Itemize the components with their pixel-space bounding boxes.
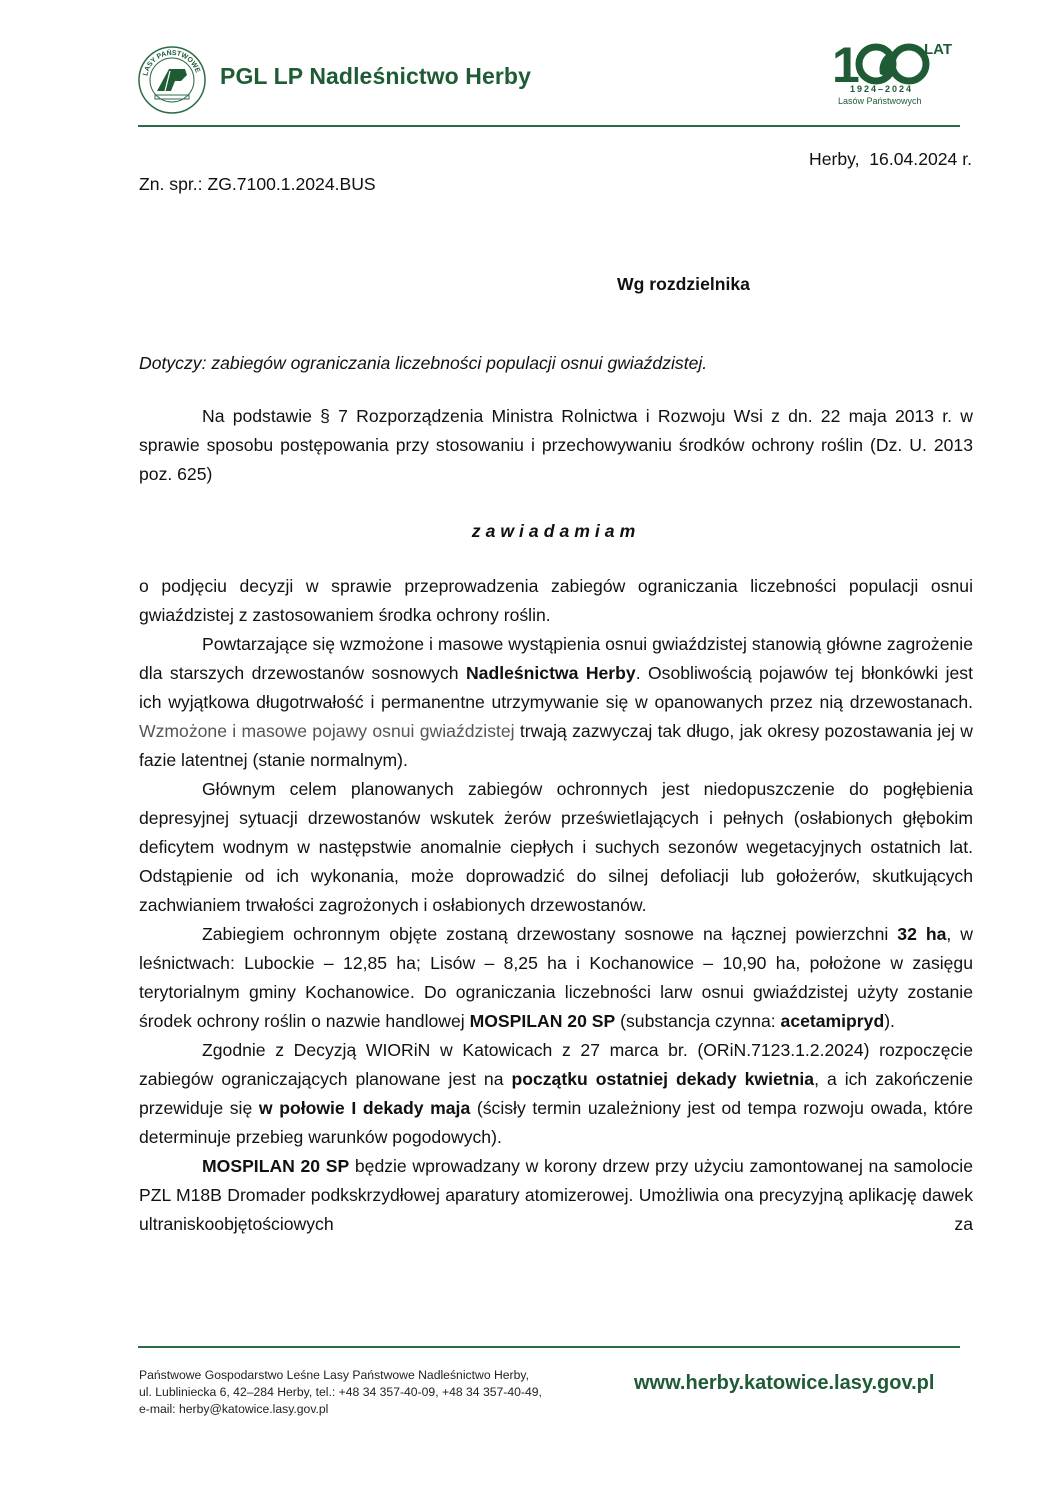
reference-number: Zn. spr.: ZG.7100.1.2024.BUS (139, 170, 376, 199)
paragraph-scope: Zabiegiem ochronnym objęte zostaną drzew… (139, 920, 973, 1036)
letter-body: o podjęciu decyzji w sprawie przeprowadz… (139, 572, 973, 1239)
footer-line-3: e-mail: herby@katowice.lasy.gov.pl (139, 1401, 542, 1418)
document-date: Herby, 16.04.2024 r. (809, 145, 972, 174)
footer-divider (138, 1346, 960, 1348)
footer-address: Państwowe Gospodarstwo Leśne Lasy Państw… (139, 1367, 542, 1418)
paragraph-goal: Głównym celem planowanych zabiegów ochro… (139, 775, 973, 920)
text-span: Zabiegiem ochronnym objęte zostaną drzew… (202, 924, 897, 944)
footer-line-2: ul. Lubliniecka 6, 42–284 Herby, tel.: +… (139, 1384, 542, 1401)
paragraph-decision: o podjęciu decyzji w sprawie przeprowadz… (139, 572, 973, 630)
recipient: Wg rozdzielnika (617, 270, 750, 299)
svg-text:LAT: LAT (924, 41, 952, 58)
intro-text: Na podstawie § 7 Rozporządzenia Ministra… (139, 402, 973, 489)
svg-text:Lasów Państwowych: Lasów Państwowych (838, 96, 922, 106)
footer-line-1: Państwowe Gospodarstwo Leśne Lasy Państw… (139, 1367, 542, 1384)
paragraph-threat: Powtarzające się wzmożone i masowe wystą… (139, 630, 973, 775)
bold-span: w połowie I dekady maja (259, 1098, 470, 1118)
organization-name: PGL LP Nadleśnictwo Herby (220, 63, 531, 90)
bold-span: początku ostatniej dekady kwietnia (511, 1069, 814, 1089)
paragraph-schedule: Zgodnie z Decyzją WIORiN w Katowicach z … (139, 1036, 973, 1152)
bold-span: 32 ha (897, 924, 946, 944)
paragraph-application: MOSPILAN 20 SP będzie wprowadzany w koro… (139, 1152, 973, 1239)
gray-span: Wzmożone i masowe pojawy osnui gwiaździs… (139, 721, 515, 741)
100-lat-lasow-panstwowych-logo: 1 LAT 1924–2024 Lasów Państwowych (832, 36, 957, 108)
subject-line: Dotyczy: zabiegów ograniczania liczebnoś… (139, 349, 707, 378)
bold-span: acetamipryd (781, 1011, 885, 1031)
intro-paragraph: Na podstawie § 7 Rozporządzenia Ministra… (139, 402, 973, 489)
announcement: zawiadamiam (139, 517, 973, 546)
lasy-panstwowe-logo: LASY PAŃSTWOWE (137, 45, 207, 115)
website-link[interactable]: www.herby.katowice.lasy.gov.pl (634, 1372, 934, 1395)
header-divider (138, 125, 960, 127)
text-span: ). (884, 1011, 895, 1031)
announcement-text: zawiadamiam (139, 517, 973, 546)
bold-span: MOSPILAN 20 SP (202, 1156, 349, 1176)
text-span: (substancja czynna: (615, 1011, 780, 1031)
bold-span: Nadleśnictwa Herby (466, 663, 636, 683)
svg-text:1924–2024: 1924–2024 (850, 84, 913, 94)
bold-span: MOSPILAN 20 SP (470, 1011, 616, 1031)
